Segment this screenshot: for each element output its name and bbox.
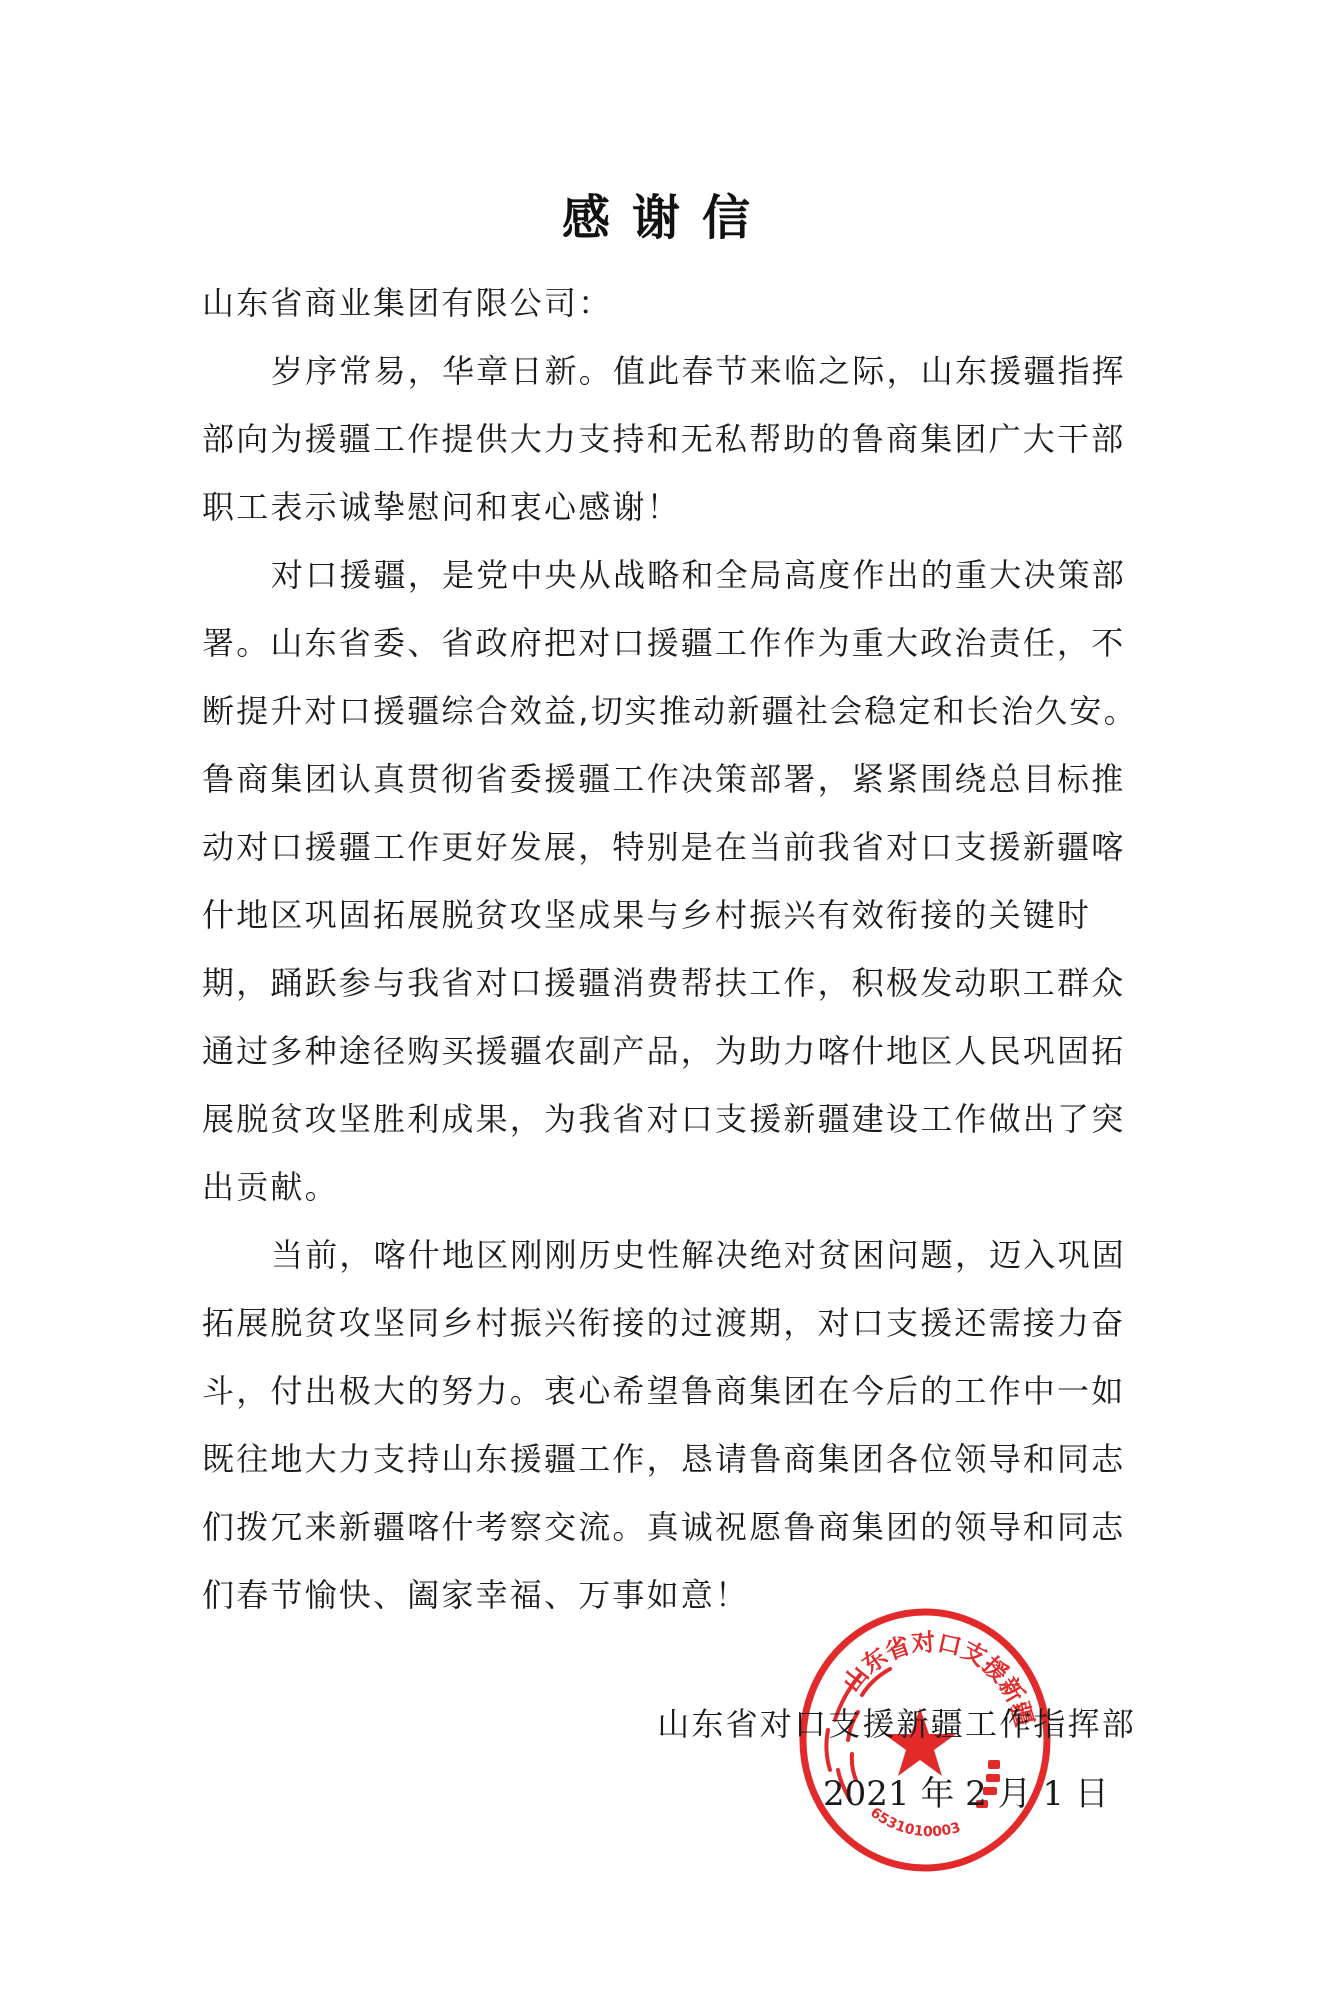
signature-date: 2021 年 2 月 1 日 bbox=[823, 1760, 1109, 1828]
paragraph-line: 断提升对口援疆综合效益,切实推动新疆社会稳定和长治久安。 bbox=[202, 677, 1142, 745]
letter-title: 感谢信 bbox=[0, 190, 1334, 246]
paragraph-line: 期，踊跃参与我省对口援疆消费帮扶工作，积极发动职工群众 bbox=[202, 949, 1142, 1017]
paragraph-line: 对口援疆，是党中央从战略和全局高度作出的重大决策部 bbox=[271, 541, 1141, 609]
paragraph-line: 们拨冗来新疆喀什考察交流。真诚祝愿鲁商集团的领导和同志 bbox=[202, 1493, 1142, 1561]
paragraph-line: 斗，付出极大的努力。衷心希望鲁商集团在今后的工作中一如 bbox=[202, 1357, 1142, 1425]
signature-organization: 山东省对口支援新疆工作指挥部 bbox=[657, 1690, 1136, 1758]
paragraph-line: 拓展脱贫攻坚同乡村振兴衔接的过渡期，对口支援还需接力奋 bbox=[202, 1289, 1142, 1357]
paragraph-line: 职工表示诚挚慰问和衷心感谢！ bbox=[202, 473, 1142, 541]
paragraph-line: 署。山东省委、省政府把对口援疆工作作为重大政治责任，不 bbox=[202, 609, 1142, 677]
paragraph-line: 鲁商集团认真贯彻省委援疆工作决策部署，紧紧围绕总目标推 bbox=[202, 745, 1142, 813]
paragraph-line: 什地区巩固拓展脱贫攻坚成果与乡村振兴有效衔接的关键时 bbox=[202, 881, 1142, 949]
paragraph-line: 通过多种途径购买援疆农副产品，为助力喀什地区人民巩固拓 bbox=[202, 1017, 1142, 1085]
paragraph-line: 岁序常易，华章日新。值此春节来临之际，山东援疆指挥 bbox=[271, 337, 1141, 405]
paragraph-line: 既往地大力支持山东援疆工作，恳请鲁商集团各位领导和同志 bbox=[202, 1425, 1142, 1493]
paragraph-line: 当前，喀什地区刚刚历史性解决绝对贫困问题，迈入巩固 bbox=[271, 1221, 1141, 1289]
paragraph-line: 部向为援疆工作提供大力支持和无私帮助的鲁商集团广大干部 bbox=[202, 405, 1142, 473]
paragraph-line: 出贡献。 bbox=[202, 1153, 1142, 1221]
paragraph-line: 动对口援疆工作更好发展，特别是在当前我省对口支援新疆喀 bbox=[202, 813, 1142, 881]
letter-page: 感谢信 山东省商业集团有限公司： 岁序常易，华章日新。值此春节来临之际，山东援疆… bbox=[0, 0, 1334, 2000]
paragraph-line: 展脱贫攻坚胜利成果，为我省对口支援新疆建设工作做出了突 bbox=[202, 1085, 1142, 1153]
salutation: 山东省商业集团有限公司： bbox=[202, 269, 1142, 337]
